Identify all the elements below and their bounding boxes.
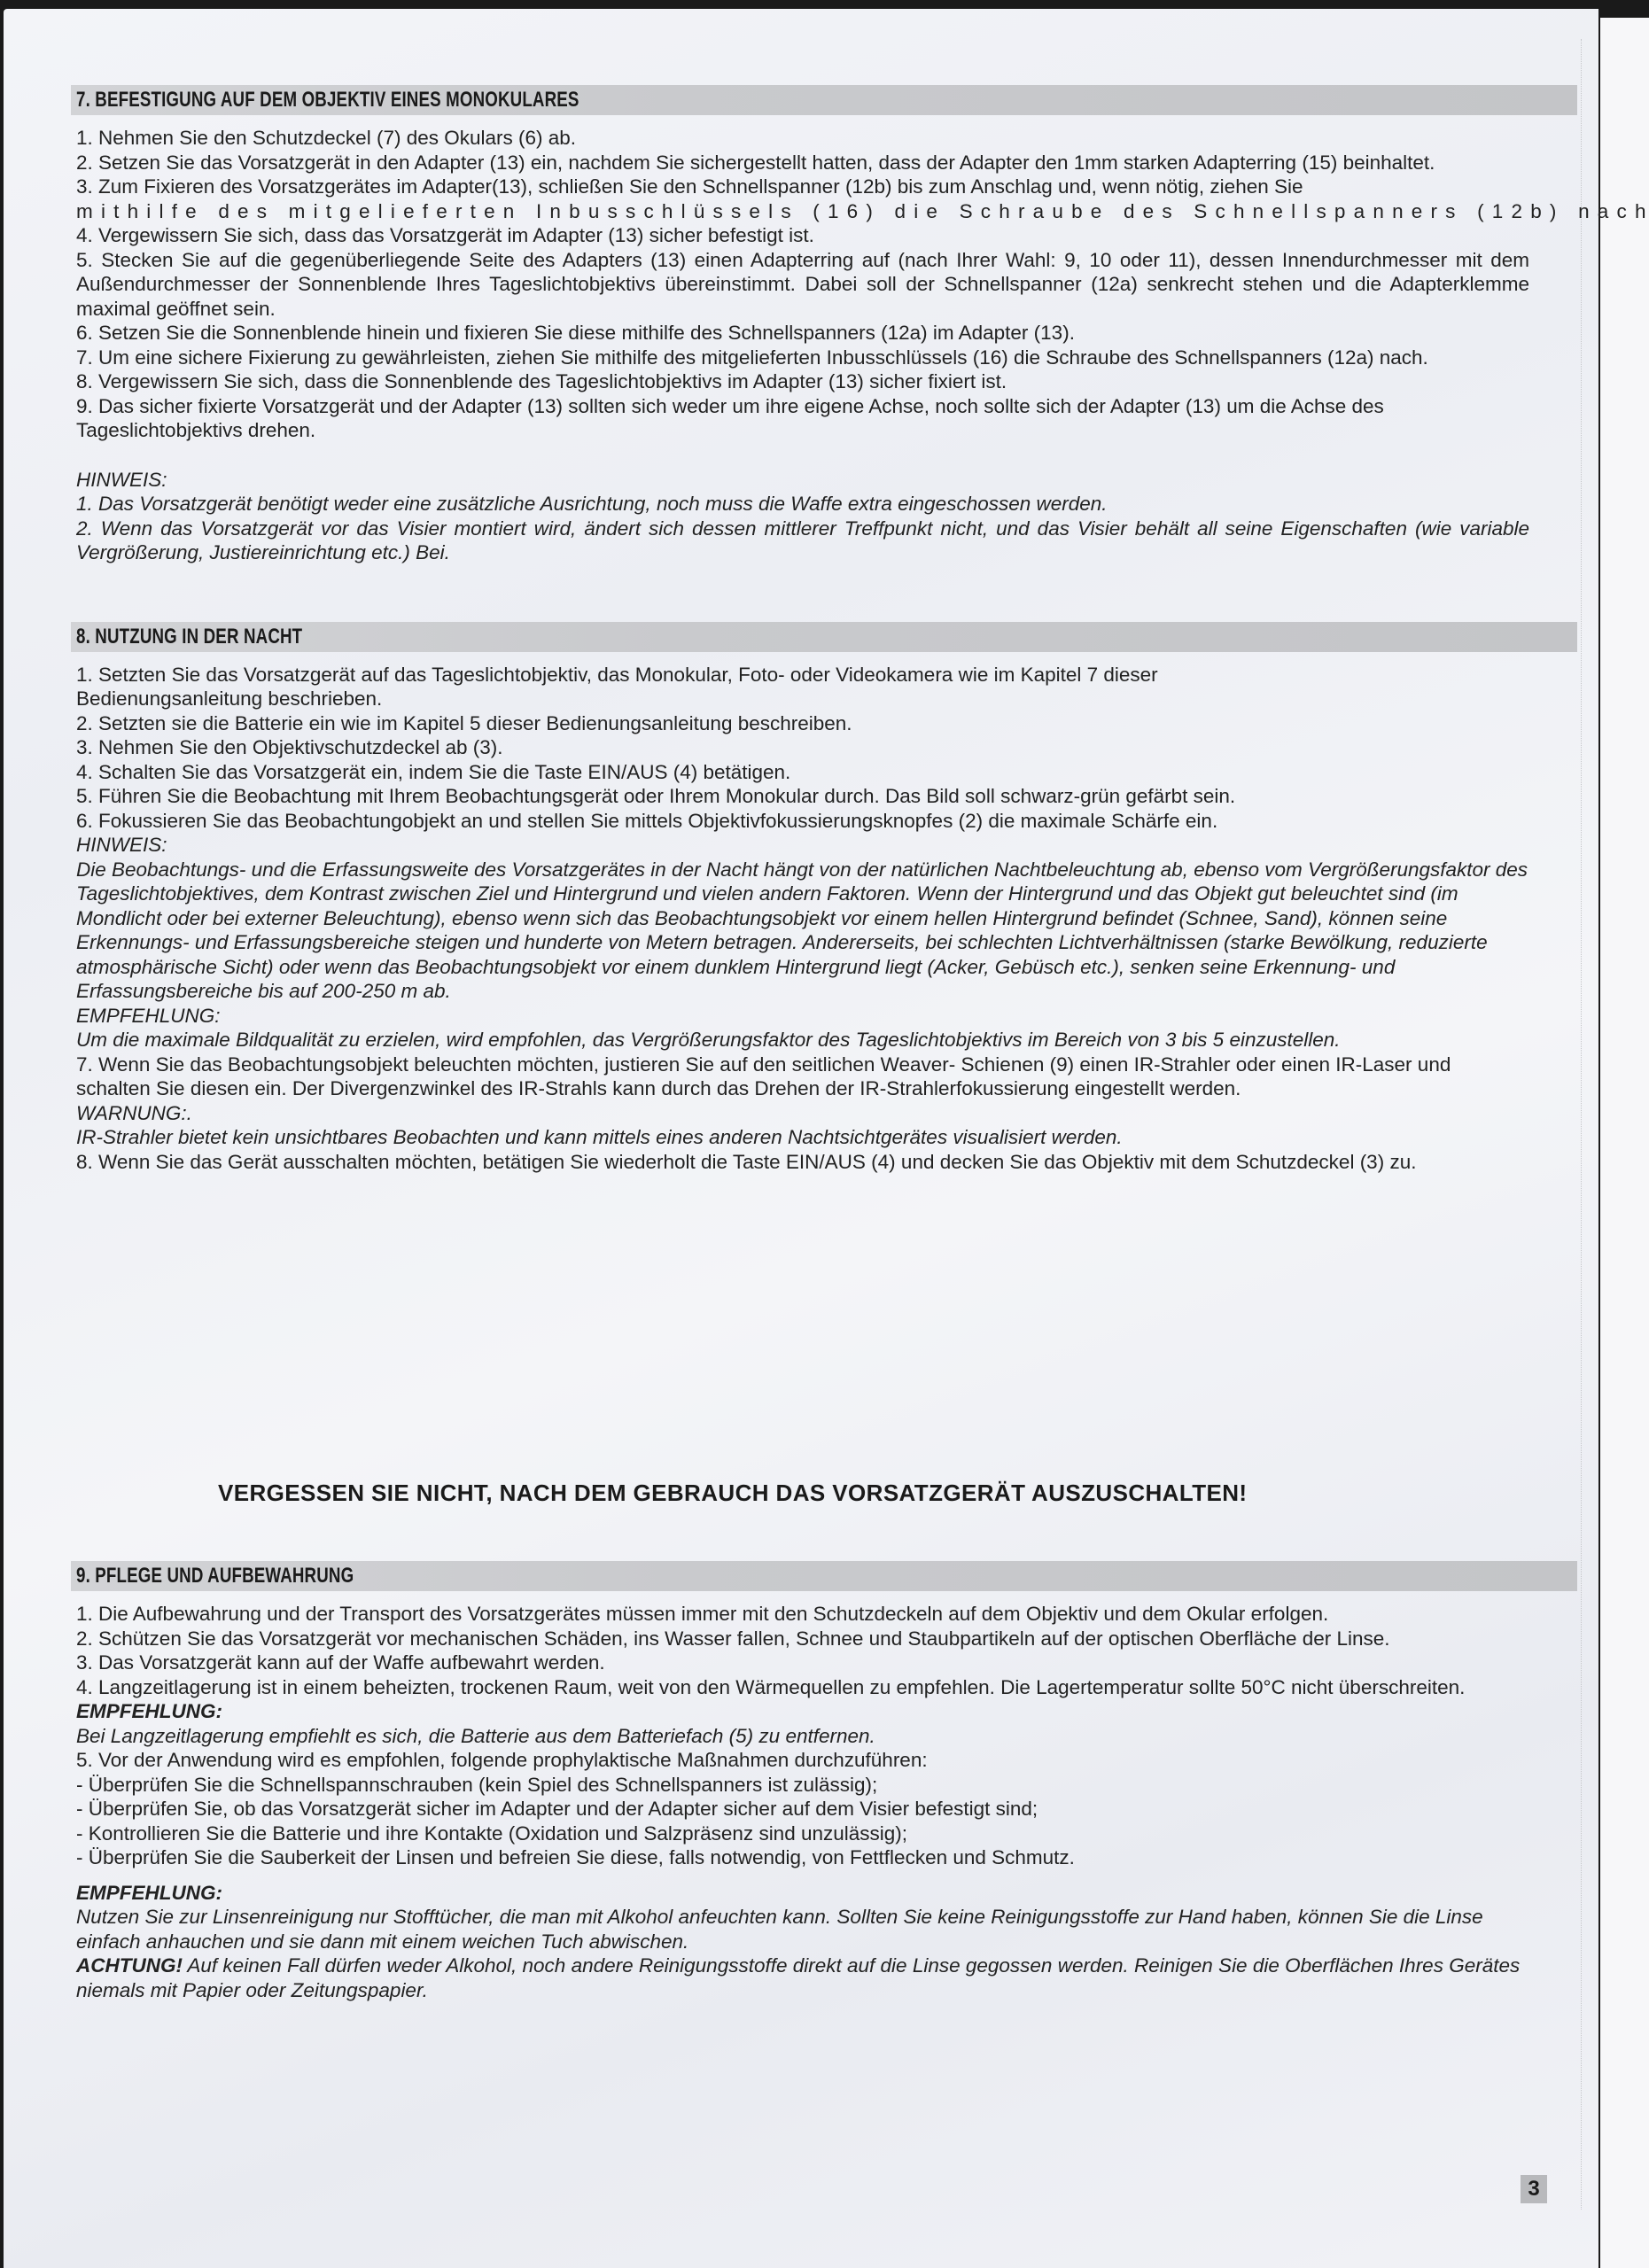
list-item: 3. Zum Fixieren des Vorsatzgerätes im Ad… <box>76 175 1529 199</box>
recommendation-text: Bei Langzeitlagerung empfiehlt es sich, … <box>76 1724 1529 1749</box>
note-label: HINWEIS: <box>76 833 1529 858</box>
note-text: Die Beobachtungs- und die Erfassungsweit… <box>76 858 1529 1004</box>
page-number: 3 <box>1521 2175 1547 2203</box>
note-item: 2. Wenn das Vorsatzgerät vor das Visier … <box>76 517 1529 565</box>
section-9-list: 1. Die Aufbewahrung und der Transport de… <box>76 1602 1583 1699</box>
list-item: 4. Schalten Sie das Vorsatzgerät ein, in… <box>76 760 1529 785</box>
section-header-8: 8. NUTZUNG IN DER NACHT <box>71 622 1577 652</box>
section-title-7: 7. BEFESTIGUNG AUF DEM OBJEKTIV EINES MO… <box>76 85 1247 115</box>
check-item: - Überprüfen Sie, ob das Vorsatzgerät si… <box>76 1797 1529 1821</box>
recommendation-label: EMPFEHLUNG: <box>76 1004 1529 1029</box>
section-8-list: 1. Setzten Sie das Vorsatzgerät auf das … <box>76 663 1583 834</box>
list-item: 2. Setzten sie die Batterie ein wie im K… <box>76 711 1529 736</box>
note-label: HINWEIS: <box>76 468 1529 493</box>
recommendation-text: Um die maximale Bildqualität zu erzielen… <box>76 1028 1529 1052</box>
list-item: 9. Das sicher fixierte Vorsatzgerät und … <box>76 394 1529 443</box>
note-item: 1. Das Vorsatzgerät benötigt weder eine … <box>76 492 1529 517</box>
section-header-7: 7. BEFESTIGUNG AUF DEM OBJEKTIV EINES MO… <box>71 85 1577 115</box>
warning-label: WARNUNG:. <box>76 1101 1529 1126</box>
list-item: 8. Vergewissern Sie sich, dass die Sonne… <box>76 369 1529 394</box>
page-edge <box>1600 18 1649 2268</box>
attention-label: ACHTUNG! <box>76 1954 183 1977</box>
list-item: 1. Nehmen Sie den Schutzdeckel (7) des O… <box>76 126 1529 151</box>
recommendation-label: EMPFEHLUNG: <box>76 1699 1529 1724</box>
section-7-list: 1. Nehmen Sie den Schutzdeckel (7) des O… <box>76 126 1583 443</box>
section-header-9: 9. PFLEGE UND AUFBEWAHRUNG <box>71 1561 1577 1591</box>
list-item: 8. Wenn Sie das Gerät ausschalten möchte… <box>76 1150 1529 1175</box>
attention-paragraph: ACHTUNG! Auf keinen Fall dürfen weder Al… <box>76 1953 1529 2002</box>
list-item: 2. Setzen Sie das Vorsatzgerät in den Ad… <box>76 151 1529 175</box>
list-item: 5. Stecken Sie auf die gegenüberliegende… <box>76 248 1529 322</box>
list-item: 7. Um eine sichere Fixierung zu gewährle… <box>76 346 1529 370</box>
list-item: 1. Setzten Sie das Vorsatzgerät auf das … <box>76 663 1228 711</box>
list-item: 6. Setzen Sie die Sonnenblende hinein un… <box>76 321 1529 346</box>
check-item: - Kontrollieren Sie die Batterie und ihr… <box>76 1821 1529 1846</box>
recommendation-text: Nutzen Sie zur Linsenreinigung nur Stoff… <box>76 1905 1529 1953</box>
section-title-8: 8. NUTZUNG IN DER NACHT <box>76 622 1247 652</box>
list-item: 3. Das Vorsatzgerät kann auf der Waffe a… <box>76 1651 1529 1675</box>
list-item-continuation: mithilfe des mitgelieferten Inbusschlüss… <box>76 199 1529 224</box>
recommendation-label: EMPFEHLUNG: <box>76 1881 1529 1906</box>
list-item: 3. Nehmen Sie den Objektivschutzdeckel a… <box>76 735 1529 760</box>
document-content-section-9: 9. PFLEGE UND AUFBEWAHRUNG 1. Die Aufbew… <box>76 1561 1583 2002</box>
attention-text: Auf keinen Fall dürfen weder Alkohol, no… <box>76 1954 1520 2001</box>
section-title-9: 9. PFLEGE UND AUFBEWAHRUNG <box>76 1561 1247 1591</box>
list-item: 6. Fokussieren Sie das Beobachtungobjekt… <box>76 809 1529 834</box>
list-item: 7. Wenn Sie das Beobachtungsobjekt beleu… <box>76 1052 1529 1101</box>
switch-off-reminder-banner: VERGESSEN SIE NICHT, NACH DEM GEBRAUCH D… <box>218 1480 1247 1507</box>
list-item: 2. Schützen Sie das Vorsatzgerät vor mec… <box>76 1627 1529 1651</box>
list-item: 5. Vor der Anwendung wird es empfohlen, … <box>76 1748 1529 1773</box>
list-item: 4. Vergewissern Sie sich, dass das Vorsa… <box>76 223 1529 248</box>
list-item: 5. Führen Sie die Beobachtung mit Ihrem … <box>76 784 1529 809</box>
list-item: 4. Langzeitlagerung ist in einem beheizt… <box>76 1675 1529 1700</box>
warning-text: IR-Strahler bietet kein unsichtbares Beo… <box>76 1125 1529 1150</box>
list-item: 1. Die Aufbewahrung und der Transport de… <box>76 1602 1529 1627</box>
document-content: 7. BEFESTIGUNG AUF DEM OBJEKTIV EINES MO… <box>76 85 1583 1174</box>
check-item: - Überprüfen Sie die Sauberkeit der Lins… <box>76 1845 1529 1870</box>
check-item: - Überprüfen Sie die Schnellspannschraub… <box>76 1773 1529 1798</box>
